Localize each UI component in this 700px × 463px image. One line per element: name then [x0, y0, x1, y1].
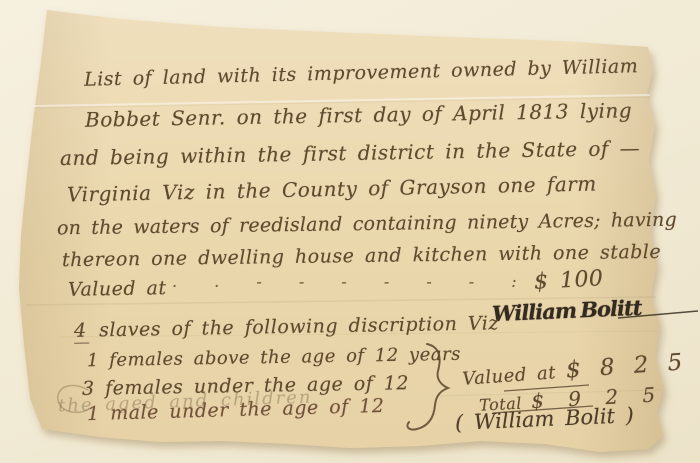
body-line-5: on the waters of reedisland containing n…	[57, 209, 677, 240]
slaves-count: 4	[74, 319, 89, 343]
valuation-leader-dots: . . - - - - - - :	[172, 272, 533, 291]
valuation-label: Valued at	[68, 277, 167, 301]
right-valued-amount: $ 8 2 5	[565, 349, 687, 383]
slaves-heading: 4 slaves of the following discription Vi…	[74, 312, 499, 341]
slaves-heading-text: slaves of the following discription Viz	[88, 312, 499, 341]
signature-william-bolitt: William Bolitt	[492, 295, 642, 326]
body-line-1: List of land with its improvement owned …	[84, 55, 639, 91]
body-line-2: Bobbet Senr. on the first day of April 1…	[85, 98, 632, 132]
right-valued-label: Valued at	[462, 362, 567, 390]
body-line-4: Virginia Viz in the County of Grayson on…	[67, 171, 597, 206]
slave-line-1: 1 females above the age of 12 years	[87, 344, 461, 372]
body-line-3: and being within the first district in t…	[60, 136, 641, 170]
body-line-6: thereon one dwelling house and kitchen w…	[62, 241, 661, 271]
scanned-document: List of land with its improvement owned …	[0, 0, 700, 463]
valuation-amount: $ 100	[533, 266, 604, 295]
